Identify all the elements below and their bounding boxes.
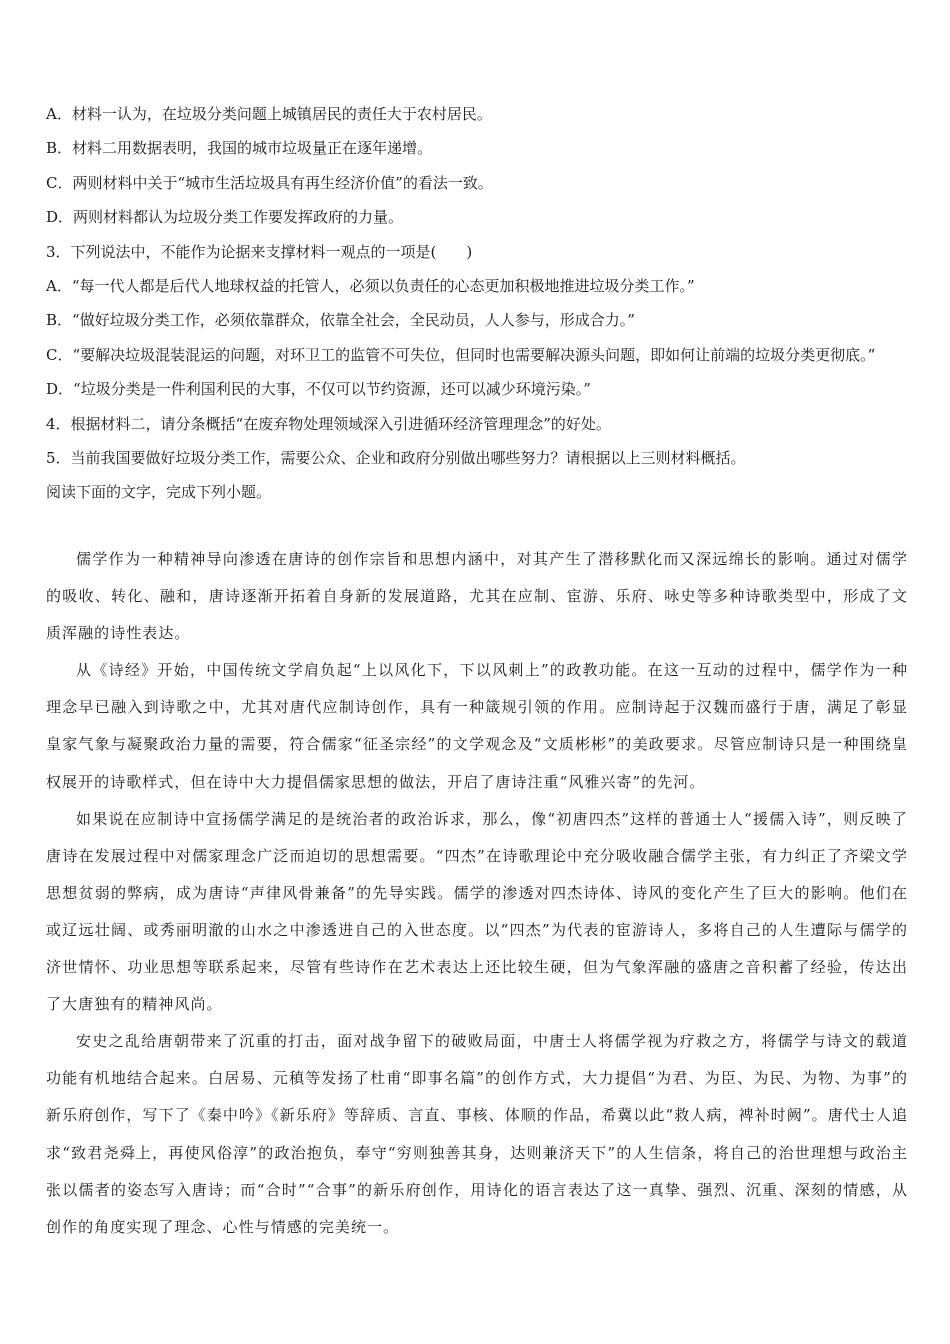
passage-paragraph-1: 儒学作为一种精神导向渗透在唐诗的创作宗旨和思想内涵中，对其产生了潜移默化而又深远… xyxy=(46,541,908,652)
reading-instruction: 阅读下面的文字，完成下列小题。 xyxy=(46,475,908,509)
question-number: 4． xyxy=(46,407,71,441)
q2-option-c: C．两则材料中关于“城市生活垃圾具有再生经济价值”的看法一致。 xyxy=(46,166,908,200)
question-4: 4．根据材料二，请分条概括“在废弃物处理领域深入引进循环经济管理理念”的好处。 xyxy=(46,407,908,441)
option-text: 材料一认为，在垃圾分类问题上城镇居民的责任大于农村居民。 xyxy=(72,105,492,123)
questions-section: A．材料一认为，在垃圾分类问题上城镇居民的责任大于农村居民。 B．材料二用数据表… xyxy=(46,97,908,510)
option-label: C． xyxy=(46,346,72,364)
passage-paragraph-2: 从《诗经》开始，中国传统文学肩负起“上以风化下，下以风刺上”的政教功能。在这一互… xyxy=(46,652,908,800)
q3-option-d: D．“垃圾分类是一件利国利民的大事，不仅可以节约资源，还可以减少环境污染。” xyxy=(46,372,908,406)
option-label: D． xyxy=(46,200,73,234)
option-text: “做好垃圾分类工作，必须依靠群众，依靠全社会，全民动员，人人参与，形成合力。” xyxy=(72,311,635,329)
question-number: 5． xyxy=(46,441,71,475)
q2-option-d: D．两则材料都认为垃圾分类工作要发挥政府的力量。 xyxy=(46,200,908,234)
question-text: 下列说法中，不能作为论据来支撑材料一观点的一项是( ) xyxy=(71,243,473,261)
document-page: A．材料一认为，在垃圾分类问题上城镇居民的责任大于农村居民。 B．材料二用数据表… xyxy=(0,0,950,1344)
q3-option-b: B．“做好垃圾分类工作，必须依靠群众，依靠全社会，全民动员，人人参与，形成合力。… xyxy=(46,303,908,337)
passage-paragraph-3: 如果说在应制诗中宣扬儒学满足的是统治者的政治诉求，那么，像“初唐四杰”这样的普通… xyxy=(46,801,908,1024)
option-label: D． xyxy=(46,372,73,406)
question-number: 3． xyxy=(46,235,71,269)
option-label: B． xyxy=(46,303,72,337)
option-text: 材料二用数据表明，我国的城市垃圾量正在逐年递增。 xyxy=(72,139,432,157)
option-label: A． xyxy=(46,269,72,303)
option-text: 两则材料中关于“城市生活垃圾具有再生经济价值”的看法一致。 xyxy=(72,174,492,192)
option-label: B． xyxy=(46,131,72,165)
option-label: A． xyxy=(46,97,72,131)
question-5: 5．当前我国要做好垃圾分类工作，需要公众、企业和政府分别做出哪些努力？请根据以上… xyxy=(46,441,908,475)
option-label: C． xyxy=(46,166,72,200)
q2-option-a: A．材料一认为，在垃圾分类问题上城镇居民的责任大于农村居民。 xyxy=(46,97,908,131)
question-text: 根据材料二，请分条概括“在废弃物处理领域深入引进循环经济管理理念”的好处。 xyxy=(71,415,611,433)
passage-paragraph-4: 安史之乱给唐朝带来了沉重的打击，面对战争留下的破败局面，中唐士人将儒学视为疗救之… xyxy=(46,1023,908,1246)
option-text: “要解决垃圾混装混运的问题，对环卫工的监管不可失位，但同时也需要解决源头问题，即… xyxy=(72,346,875,364)
q3-option-c: C．“要解决垃圾混装混运的问题，对环卫工的监管不可失位，但同时也需要解决源头问题… xyxy=(46,338,908,372)
option-text: “每一代人都是后代人地球权益的托管人，必须以负责任的心态更加积极地推进垃圾分类工… xyxy=(72,277,695,295)
question-3: 3．下列说法中，不能作为论据来支撑材料一观点的一项是( ) xyxy=(46,235,908,269)
q3-option-a: A．“每一代人都是后代人地球权益的托管人，必须以负责任的心态更加积极地推进垃圾分… xyxy=(46,269,908,303)
option-text: “垃圾分类是一件利国利民的大事，不仅可以节约资源，还可以减少环境污染。” xyxy=(73,380,591,398)
option-text: 两则材料都认为垃圾分类工作要发挥政府的力量。 xyxy=(73,208,403,226)
q2-option-b: B．材料二用数据表明，我国的城市垃圾量正在逐年递增。 xyxy=(46,131,908,165)
question-text: 当前我国要做好垃圾分类工作，需要公众、企业和政府分别做出哪些努力？请根据以上三则… xyxy=(71,449,746,467)
reading-passage: 儒学作为一种精神导向渗透在唐诗的创作宗旨和思想内涵中，对其产生了潜移默化而又深远… xyxy=(46,541,908,1246)
